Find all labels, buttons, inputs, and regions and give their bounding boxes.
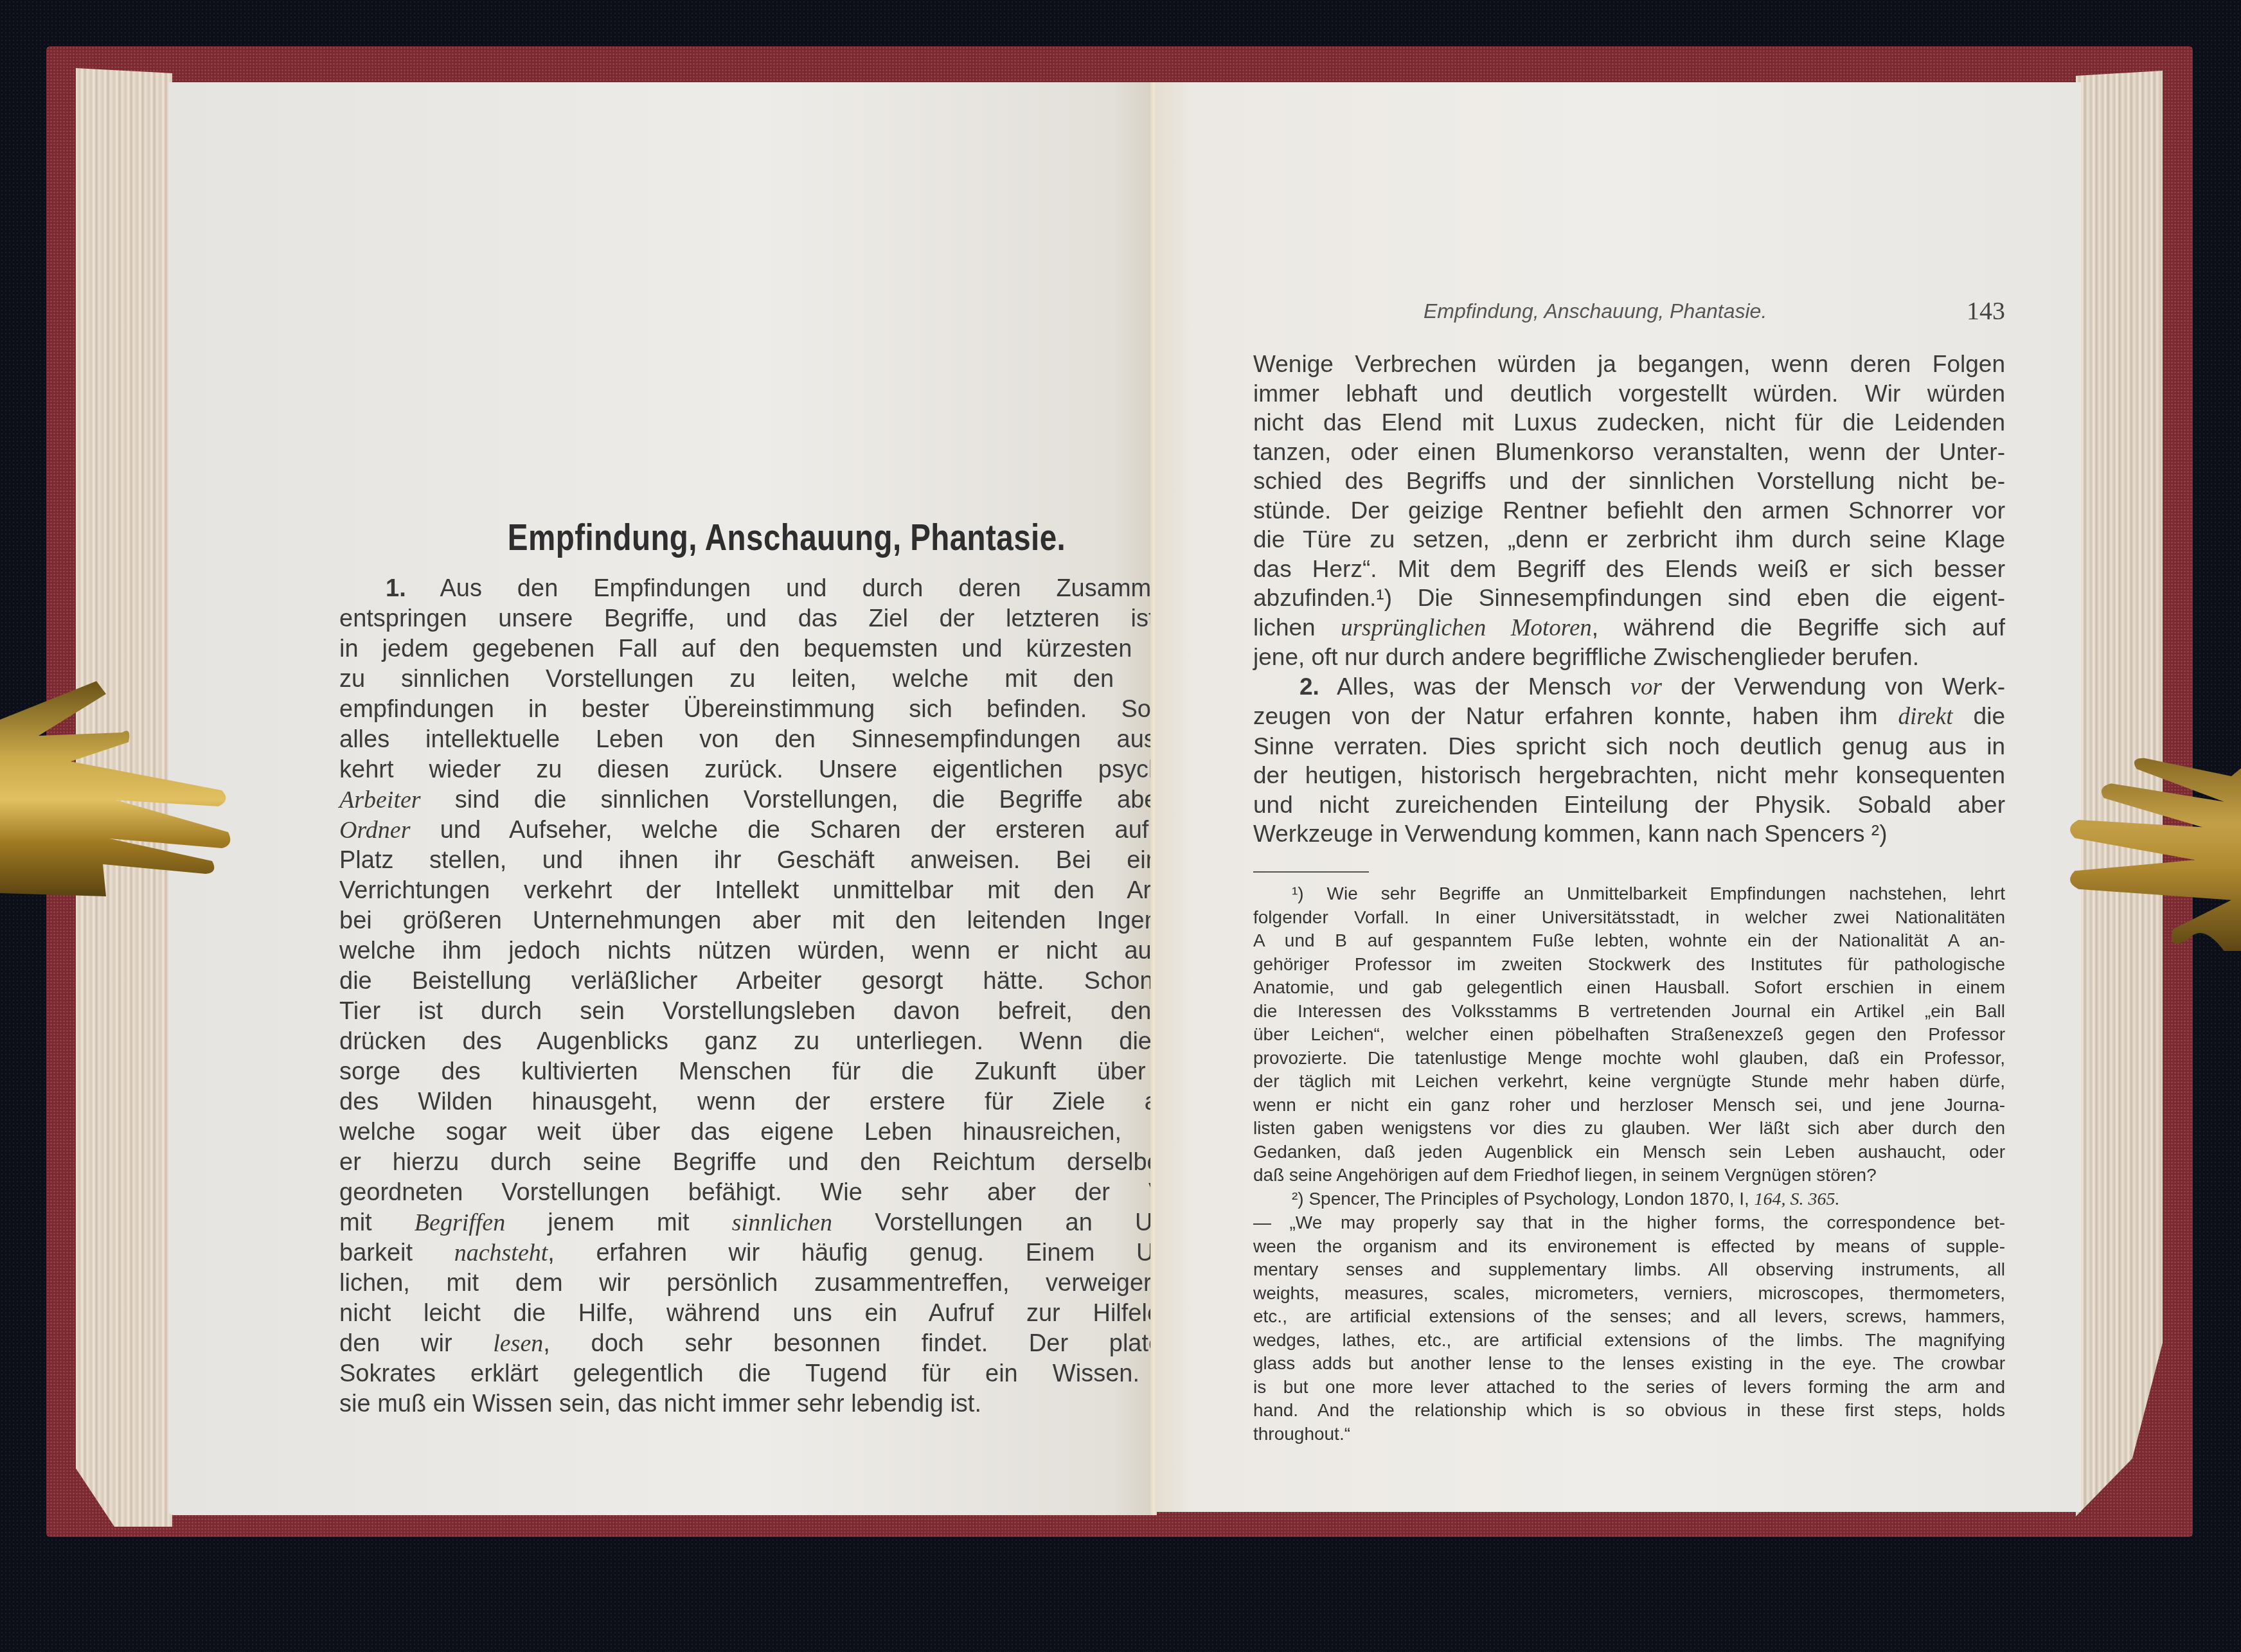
text-line: jene, oft nur durch andere begriffliche … [1253, 643, 2005, 672]
text-line: Werkzeuge in Verwendung kommen, kann nac… [1253, 819, 2005, 849]
chapter-title: Empfindung, Anschauung, Phantasie. [420, 516, 1153, 559]
text-line: Sinne verraten. Dies spricht sich noch d… [1253, 732, 2005, 761]
page-number: 143 [1967, 296, 2005, 326]
text-line: kehrt wieder zu diesen zurück. Unsere ei… [339, 755, 1233, 785]
footnote-line: provozierte. Die tatenlustige Menge moch… [1253, 1047, 2005, 1070]
text-line: entspringen unsere Begriffe, und das Zie… [339, 604, 1233, 634]
text-line: das Herz“. Mit dem Begriff des Elends we… [1253, 555, 2005, 584]
text-line: in jedem gegebenen Fall auf den bequemst… [339, 634, 1233, 664]
footnote-line: hand. And the relationship which is so o… [1253, 1399, 2005, 1423]
brass-hand-clip-right-icon [2050, 733, 2241, 951]
text-line: Verrichtungen verkehrt der Intellekt unm… [339, 876, 1233, 906]
footnote-line: throughout.“ [1253, 1423, 2005, 1446]
text-line: Tier ist durch sein Vorstellungsleben da… [339, 997, 1233, 1027]
footnote-line: der täglich mit Leichen verkehrt, keine … [1253, 1070, 2005, 1094]
text-line: die Beistellung verläßlicher Arbeiter ge… [339, 966, 1233, 997]
text-line: 2. Alles, was der Mensch vor der Verwend… [1253, 672, 2005, 702]
footnote-line: gehöriger Professor im zweiten Stockwerk… [1253, 953, 2005, 977]
footnote-line: ween the organism and its environement i… [1253, 1235, 2005, 1259]
text-line: zu sinnlichen Vorstellungen zu leiten, w… [339, 664, 1233, 695]
text-line: schied des Begriffs und der sinnlichen V… [1253, 466, 2005, 496]
text-line: bei größeren Unternehmungen aber mit den… [339, 906, 1233, 936]
footnote-line: glass adds but another lense to the lens… [1253, 1352, 2005, 1376]
text-line: Ordner und Aufseher, welche die Scharen … [339, 815, 1233, 846]
footnote-line: über Leichen“, welcher einen pöbelhaften… [1253, 1023, 2005, 1047]
text-line: empfindungen in bester Übereinstimmung s… [339, 695, 1233, 725]
footnote-line: Gedanken, daß jeden Augenblick ein Mensc… [1253, 1141, 2005, 1164]
brass-hand-clip-left-icon [0, 681, 231, 900]
footnote-line: mentary senses and supplementary limbs. … [1253, 1258, 2005, 1282]
text-line: geordneten Vorstellungen befähigt. Wie s… [339, 1178, 1233, 1208]
footnote-line: etc., are artificial extensions of the s… [1253, 1305, 2005, 1329]
running-head-title: Empfindung, Anschauung, Phantasie. [1424, 299, 1767, 323]
footnote-line: ¹) Wie sehr Begriffe an Unmittelbarkeit … [1253, 882, 2005, 906]
footnote-rule [1253, 871, 1369, 873]
footnote-line: die Interessen des Volksstamms B vertret… [1253, 1000, 2005, 1024]
text-line: drücken des Augenblicks ganz zu unterlie… [339, 1027, 1233, 1057]
text-line: mit Begriffen jenem mit sinnlichen Vorst… [339, 1208, 1233, 1238]
text-line: lichen ursprünglichen Motoren, während d… [1253, 613, 2005, 643]
text-line: der heutigen, historisch hergebrachten, … [1253, 761, 2005, 790]
text-line: sorge des kultivierten Menschen für die … [339, 1057, 1233, 1087]
footnote-line: ²) Spencer, The Principles of Psychology… [1253, 1187, 2005, 1212]
text-line: lichen, mit dem wir persönlich zusamment… [339, 1268, 1233, 1299]
text-line: barkeit nachsteht, erfahren wir häufig g… [339, 1238, 1233, 1268]
footnote-line: wedges, lathes, etc., are artificial ext… [1253, 1329, 2005, 1353]
text-line: welche ihm jedoch nichts nützen würden, … [339, 936, 1233, 966]
left-body-text: 1. Aus den Empfindungen und durch deren … [339, 574, 1233, 1419]
footnote-line: wenn er nicht ein ganz roher und herzlos… [1253, 1094, 2005, 1117]
text-line: Platz stellen, und ihnen ihr Geschäft an… [339, 846, 1233, 876]
text-line: Sokrates erklärt gelegentlich die Tugend… [339, 1359, 1233, 1389]
footnote-line: — „We may properly say that in the highe… [1253, 1211, 2005, 1235]
footnote-line: daß seine Angehörigen auf dem Friedhof l… [1253, 1164, 2005, 1187]
text-line: sie muß ein Wissen sein, das nicht immer… [339, 1389, 1233, 1419]
text-line: des Wilden hinausgeht, wenn der erstere … [339, 1087, 1233, 1117]
text-line: Arbeiter sind die sinnlichen Vorstellung… [339, 785, 1233, 815]
text-line: nicht das Elend mit Luxus zudecken, nich… [1253, 408, 2005, 438]
text-line: und nicht zureichenden Einteilung der Ph… [1253, 790, 2005, 820]
text-line: tanzen, oder einen Blumenkorso veranstal… [1253, 438, 2005, 467]
text-line: alles intellektuelle Leben von den Sinne… [339, 725, 1233, 755]
text-line: die Türe zu setzen, „denn er zerbricht i… [1253, 525, 2005, 555]
text-line: Wenige Verbrechen würden ja begangen, we… [1253, 350, 2005, 379]
footnotes: ¹) Wie sehr Begriffe an Unmittelbarkeit … [1253, 882, 2005, 1446]
left-page: Empfindung, Anschauung, Phantasie. 1. Au… [168, 82, 1152, 1515]
footnote-line: weights, measures, scales, micrometers, … [1253, 1282, 2005, 1306]
text-line: abzufinden.¹) Die Sinnesempfindungen sin… [1253, 583, 2005, 613]
text-line: stünde. Der geizige Rentner befiehlt den… [1253, 496, 2005, 526]
text-line: den wir lesen, doch sehr besonnen findet… [339, 1329, 1233, 1359]
footnote-line: is but one more lever attached to the se… [1253, 1376, 2005, 1399]
text-line: immer lebhaft und deutlich vorgestellt w… [1253, 379, 2005, 409]
text-line: nicht leicht die Hilfe, während uns ein … [339, 1299, 1233, 1329]
text-line: er hierzu durch seine Begriffe und den R… [339, 1148, 1233, 1178]
footnote-line: Anatomie, und gab gelegentlich einen Hau… [1253, 976, 2005, 1000]
footnote-line: folgender Vorfall. In einer Universitäts… [1253, 906, 2005, 930]
right-page: Empfindung, Anschauung, Phantasie. 143 W… [1156, 82, 2081, 1512]
footnote-line: A und B auf gespanntem Fuße lebten, wohn… [1253, 929, 2005, 953]
text-line: zeugen von der Natur erfahren konnte, ha… [1253, 702, 2005, 732]
text-line: welche sogar weit über das eigene Leben … [339, 1117, 1233, 1148]
right-body-text: Wenige Verbrechen würden ja begangen, we… [1253, 350, 2005, 849]
paragraph-number: 1. [386, 575, 406, 602]
text-line: 1. Aus den Empfindungen und durch deren … [339, 574, 1233, 604]
footnote-line: listen gaben wenigstens vor dies zu glau… [1253, 1117, 2005, 1141]
paragraph-number: 2. [1299, 673, 1319, 700]
